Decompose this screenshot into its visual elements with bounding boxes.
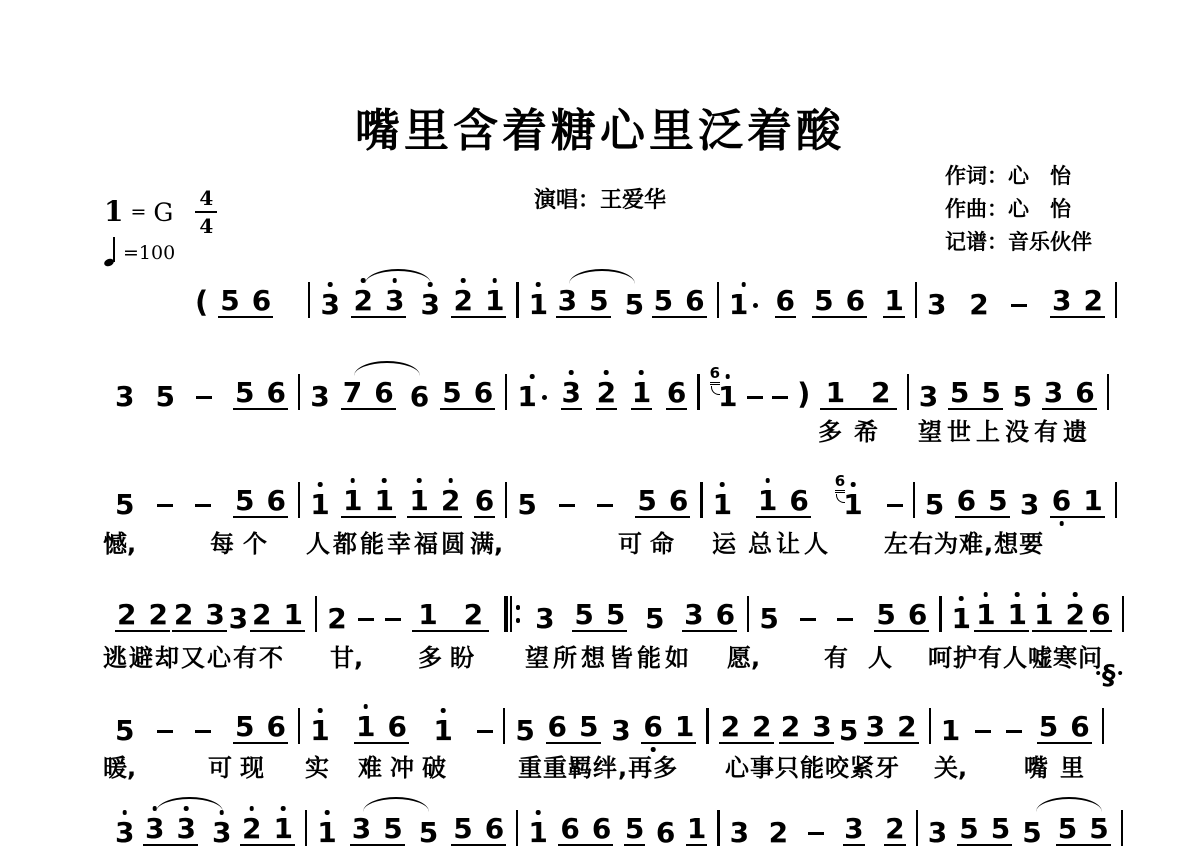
octave-dot-high bbox=[765, 478, 770, 483]
note: 3 bbox=[229, 605, 248, 632]
octave-dot-high bbox=[417, 478, 422, 483]
note-number: 3 bbox=[420, 291, 439, 318]
note-number: 6 bbox=[1075, 379, 1094, 406]
note: 5 bbox=[981, 379, 1000, 406]
score-line: 55611112655611661565361 bbox=[105, 478, 1117, 518]
note: 7 bbox=[343, 379, 362, 406]
beam-group: 12 bbox=[820, 379, 897, 410]
beam-group: 76 bbox=[341, 379, 396, 410]
note: 5 bbox=[235, 713, 254, 740]
note-number: 5 bbox=[589, 287, 608, 314]
note: 6 bbox=[666, 379, 687, 410]
note-number: 3 bbox=[1044, 379, 1063, 406]
beam-group: 35 bbox=[350, 815, 405, 846]
note: 3 bbox=[730, 819, 749, 846]
octave-dot-high bbox=[184, 806, 189, 811]
note-number: 5 bbox=[115, 717, 134, 744]
note-number: 5 bbox=[988, 487, 1007, 514]
note-number: 6 bbox=[908, 601, 927, 628]
measure: 13216 bbox=[507, 379, 697, 410]
note-number: 6 bbox=[643, 713, 662, 740]
note: 6 bbox=[643, 713, 662, 740]
note: 6 bbox=[474, 487, 495, 518]
note: 6 bbox=[775, 287, 796, 318]
measure: 556 bbox=[105, 713, 298, 744]
note-number: 1 bbox=[1008, 601, 1027, 628]
note-number: 3 bbox=[866, 713, 885, 740]
beam-group: 16 bbox=[354, 713, 409, 744]
dash-note bbox=[157, 504, 173, 507]
note-number: 5 bbox=[959, 815, 978, 842]
note-number: 3 bbox=[928, 819, 947, 846]
dash-note bbox=[477, 730, 493, 733]
dash-note bbox=[385, 618, 401, 621]
note-number: 6 bbox=[548, 713, 567, 740]
augmentation-dot bbox=[542, 395, 547, 400]
note-number: 3 bbox=[205, 601, 224, 628]
slur-group: 333 bbox=[143, 815, 231, 846]
note-number: 5 bbox=[235, 379, 254, 406]
octave-dot-high bbox=[361, 278, 366, 283]
note-number: 6 bbox=[669, 487, 688, 514]
note-number: 3 bbox=[919, 383, 938, 410]
octave-dot-high bbox=[122, 810, 127, 815]
beam-group: 32 bbox=[1050, 287, 1105, 318]
note-number: 5 bbox=[453, 815, 472, 842]
note: 2 bbox=[884, 815, 905, 846]
note-number: 3 bbox=[310, 383, 329, 410]
octave-dot-high bbox=[318, 708, 323, 713]
dash-note bbox=[747, 396, 763, 399]
beam-group: 23 bbox=[172, 601, 227, 632]
octave-dot-high bbox=[249, 806, 254, 811]
opening-paren: ( bbox=[195, 288, 208, 317]
octave-dot-high bbox=[536, 282, 541, 287]
note-number: 1 bbox=[529, 291, 548, 318]
note: 1 bbox=[317, 819, 336, 846]
octave-dot-high bbox=[363, 704, 368, 709]
note-number: 3 bbox=[558, 287, 577, 314]
note-number: 1 bbox=[632, 379, 651, 406]
note-number: 5 bbox=[515, 717, 534, 744]
lyric-segment: 总让人 bbox=[748, 524, 832, 559]
note-number: 6 bbox=[846, 287, 865, 314]
beam-group: 56 bbox=[233, 487, 288, 518]
note-number: 1 bbox=[941, 717, 960, 744]
beam-group: 55 bbox=[1056, 815, 1111, 846]
note-number: 1 bbox=[310, 491, 329, 518]
beam-group: 22 bbox=[719, 713, 774, 744]
octave-dot-high bbox=[1073, 592, 1078, 597]
note: 6 bbox=[266, 487, 285, 514]
note-number: 3 bbox=[730, 819, 749, 846]
note-number: 3 bbox=[1052, 287, 1071, 314]
note: 3 bbox=[420, 291, 439, 318]
note-number: 5 bbox=[517, 491, 536, 518]
note: 5 bbox=[654, 287, 673, 314]
dash-note bbox=[1006, 730, 1022, 733]
note-number: 5 bbox=[991, 815, 1010, 842]
note: 6 bbox=[485, 815, 504, 842]
note-number: 1 bbox=[356, 713, 375, 740]
note-number: 2 bbox=[441, 487, 460, 514]
note: 6 bbox=[410, 383, 429, 410]
beam-group: 56 bbox=[218, 287, 273, 318]
score-line: (56323321135556165613232 bbox=[195, 278, 1117, 318]
note: 1 bbox=[713, 491, 732, 518]
lyric-segment: 可现 bbox=[208, 748, 272, 783]
note: 3 bbox=[212, 819, 231, 846]
measure: 565361 bbox=[915, 487, 1115, 518]
note: 2 bbox=[969, 291, 988, 318]
note-number: 1 bbox=[675, 713, 694, 740]
lyrics-line: 多希望世上没有遗 bbox=[0, 412, 1200, 442]
note: 1 bbox=[675, 713, 694, 740]
time-numerator: 4 bbox=[195, 188, 217, 213]
note-number: 3 bbox=[844, 815, 863, 842]
note-number: 6 bbox=[716, 601, 735, 628]
note: 5 bbox=[645, 605, 664, 632]
lyric-segment: 有 bbox=[824, 638, 848, 673]
note-number: 6 bbox=[789, 487, 808, 514]
note-number: 5 bbox=[981, 379, 1000, 406]
note: 1 bbox=[686, 815, 707, 846]
note-number: 1 bbox=[375, 487, 394, 514]
note-number: 3 bbox=[611, 717, 630, 744]
note-number: 1 bbox=[517, 383, 536, 410]
note-number: 2 bbox=[174, 601, 193, 628]
note: 1 bbox=[1083, 487, 1102, 514]
note-number: 2 bbox=[1084, 287, 1103, 314]
note-number: 6 bbox=[474, 379, 493, 406]
repeat-thick-bar bbox=[504, 596, 508, 632]
lyric-segment: 多盼 bbox=[418, 638, 482, 673]
lyric-segment: 难冲破 bbox=[358, 748, 454, 783]
sheet-page: 嘴里含着糖心里泛着酸 演唱：王爱华 作词：心 怡 作曲：心 怡 记谱：音乐伙伴 … bbox=[0, 0, 1200, 850]
octave-dot-high bbox=[441, 708, 446, 713]
lyric-segment: 每个 bbox=[210, 524, 276, 559]
beam-group: 56 bbox=[451, 815, 506, 846]
quarter-note-icon bbox=[104, 236, 117, 266]
lyric-segment: 嘴里 bbox=[1024, 748, 1096, 783]
note-number: 2 bbox=[148, 601, 167, 628]
note: 2 bbox=[596, 379, 617, 410]
key-signature: 1 = G 4 4 bbox=[104, 188, 217, 236]
note: 5 bbox=[517, 491, 536, 518]
beam-group: 56 bbox=[233, 379, 288, 410]
note: 3 bbox=[1044, 379, 1063, 406]
note: 6 bbox=[266, 713, 285, 740]
note-number: 3 bbox=[1020, 491, 1039, 518]
dash-note bbox=[887, 504, 903, 507]
note-number: 6 bbox=[1091, 601, 1110, 628]
note: 3 bbox=[205, 601, 224, 628]
note: 2 bbox=[252, 601, 271, 628]
note: 2 bbox=[721, 713, 740, 740]
note-number: 2 bbox=[752, 713, 771, 740]
dash-note bbox=[808, 832, 824, 835]
note: 3 bbox=[115, 819, 134, 846]
note: 5 bbox=[235, 379, 254, 406]
note-number: 6 bbox=[267, 379, 286, 406]
note: 1 bbox=[283, 601, 302, 628]
note-number: 3 bbox=[212, 819, 231, 846]
note: 3 bbox=[561, 379, 582, 410]
lyric-segment: 人 bbox=[868, 638, 892, 673]
note-number: 1 bbox=[528, 819, 547, 846]
octave-dot-high bbox=[318, 482, 323, 487]
note-number: 5 bbox=[625, 291, 644, 318]
measure: 556 bbox=[749, 601, 939, 632]
note-number: 6 bbox=[374, 379, 393, 406]
note: 5 bbox=[988, 487, 1007, 514]
note-number: 5 bbox=[419, 819, 438, 846]
beam-group: 33 bbox=[143, 815, 198, 846]
note-number: 1 bbox=[826, 379, 845, 406]
beam-group: 11 bbox=[974, 601, 1029, 632]
note-number: 3 bbox=[562, 379, 581, 406]
note-number: 5 bbox=[383, 815, 402, 842]
beam-group: 32 bbox=[864, 713, 919, 744]
note: 6 bbox=[388, 713, 407, 740]
slur-group: 555 bbox=[1022, 815, 1110, 846]
note-number: 5 bbox=[606, 601, 625, 628]
note-number: 2 bbox=[969, 291, 988, 318]
octave-dot-high bbox=[569, 370, 574, 375]
octave-dot-high bbox=[604, 370, 609, 375]
note-number: 5 bbox=[579, 713, 598, 740]
note: 2 bbox=[752, 713, 771, 740]
octave-dot-high bbox=[1015, 592, 1020, 597]
lyric-segment: 逃避却又心有不 bbox=[103, 638, 285, 673]
note-number: 3 bbox=[812, 713, 831, 740]
beam-group: 65 bbox=[546, 713, 601, 744]
note-number: 6 bbox=[475, 487, 494, 514]
note: 3 bbox=[684, 601, 703, 628]
note: 5 bbox=[814, 287, 833, 314]
note: 6 bbox=[1070, 713, 1089, 740]
note: 3 bbox=[177, 815, 196, 842]
note-number: 1 bbox=[1034, 601, 1053, 628]
note-number: 2 bbox=[871, 379, 890, 406]
lyric-segment: 满, bbox=[470, 524, 503, 559]
note: 5 bbox=[574, 601, 593, 628]
note: 1 bbox=[356, 713, 375, 740]
note: 5 bbox=[876, 601, 895, 628]
credit-transcriber: 记谱：音乐伙伴 bbox=[945, 226, 1092, 259]
octave-dot-high bbox=[530, 374, 535, 379]
note: 6 bbox=[1075, 379, 1094, 406]
beam-group: 56 bbox=[233, 713, 288, 744]
note-number: 3 bbox=[145, 815, 164, 842]
beam-group: 56 bbox=[652, 287, 707, 318]
note-number: 5 bbox=[1089, 815, 1108, 842]
lyric-segment: 憾, bbox=[103, 524, 136, 559]
note-number: 3 bbox=[927, 291, 946, 318]
note: 5 bbox=[115, 717, 134, 744]
note-number: 2 bbox=[897, 713, 916, 740]
note-number: 2 bbox=[781, 713, 800, 740]
beam-group: 66 bbox=[558, 815, 613, 846]
dash-note bbox=[196, 396, 212, 399]
beam-group: 56 bbox=[812, 287, 867, 318]
note: 1 bbox=[375, 487, 394, 514]
note: 5 bbox=[991, 815, 1010, 842]
note: 5 bbox=[442, 379, 461, 406]
note-number: 2 bbox=[597, 379, 616, 406]
note: 1 bbox=[485, 287, 504, 314]
note-number: 5 bbox=[925, 491, 944, 518]
beam-group: 56 bbox=[874, 601, 929, 632]
beam-group: 21 bbox=[240, 815, 295, 846]
note-number: 3 bbox=[320, 291, 339, 318]
note-number: 1 bbox=[758, 487, 777, 514]
measure: 355536 bbox=[909, 379, 1107, 410]
note-number: 2 bbox=[769, 819, 788, 846]
note: 6 bbox=[669, 487, 688, 514]
note-number: 2 bbox=[453, 287, 472, 314]
measure: 3232 bbox=[720, 815, 916, 846]
note-number: 1 bbox=[283, 601, 302, 628]
note: 5 bbox=[220, 287, 239, 314]
beam-group: 61 bbox=[1050, 487, 1105, 518]
note-number: 2 bbox=[721, 713, 740, 740]
measure: 376656 bbox=[300, 379, 505, 410]
note-number: 1 bbox=[718, 383, 737, 410]
page-title: 嘴里含着糖心里泛着酸 bbox=[0, 94, 1200, 159]
note-number: 6 bbox=[685, 287, 704, 314]
note: 5 bbox=[959, 815, 978, 842]
octave-dot-high bbox=[639, 370, 644, 375]
note: 5 bbox=[383, 815, 402, 842]
note-number: 7 bbox=[343, 379, 362, 406]
beam-group: 61 bbox=[641, 713, 696, 744]
note: 2 bbox=[453, 287, 472, 314]
note: 3 bbox=[535, 605, 554, 632]
note: 3 bbox=[115, 383, 134, 410]
note-number: 1 bbox=[418, 601, 437, 628]
grace-note-group: 61 bbox=[710, 381, 738, 410]
dash-note bbox=[559, 504, 575, 507]
lyrics-line: 逃避却又心有不甘,多盼望所想皆能如愿,有人呵护有人嘘寒问 bbox=[0, 638, 1200, 668]
time-denominator: 4 bbox=[199, 213, 213, 236]
note: 6 bbox=[1090, 601, 1111, 632]
octave-dot-high bbox=[281, 806, 286, 811]
note-number: 6 bbox=[776, 287, 795, 314]
dash-note bbox=[1011, 304, 1027, 307]
note-number: 2 bbox=[885, 815, 904, 842]
note: 5 bbox=[235, 487, 254, 514]
note: 2 bbox=[327, 605, 346, 632]
note: 3 bbox=[812, 713, 831, 740]
note: 1 bbox=[631, 379, 652, 410]
dash-note bbox=[195, 730, 211, 733]
note: 2 bbox=[148, 601, 167, 628]
note: 1 bbox=[941, 717, 960, 744]
note: 1 bbox=[976, 601, 995, 628]
note-number: 1 bbox=[729, 291, 748, 318]
measure: 355536 bbox=[525, 601, 747, 632]
octave-dot-high bbox=[328, 282, 333, 287]
beam-group: 55 bbox=[948, 379, 1003, 410]
note: 2 bbox=[781, 713, 800, 740]
note: 1 bbox=[1008, 601, 1027, 628]
octave-dot-high bbox=[492, 278, 497, 283]
lyric-segment: 左右为难,想要 bbox=[884, 524, 1044, 559]
note: 1 bbox=[718, 383, 737, 410]
note-number: 1 bbox=[1083, 487, 1102, 514]
octave-dot-high bbox=[325, 810, 330, 815]
note-number: 1 bbox=[952, 605, 971, 632]
lyric-segment: 重重羁绊,再多 bbox=[518, 748, 678, 783]
note: 6 bbox=[592, 815, 611, 842]
slur-group: 355 bbox=[350, 815, 438, 846]
slur-group: 355 bbox=[556, 287, 644, 318]
lyric-segment: 暖, bbox=[103, 748, 136, 783]
lyric-segment: 甘, bbox=[330, 638, 363, 673]
octave-dot-high bbox=[448, 478, 453, 483]
note: 2 bbox=[769, 819, 788, 846]
note: 5 bbox=[453, 815, 472, 842]
note: 2 bbox=[242, 815, 261, 842]
beam-group: 56 bbox=[1037, 713, 1092, 744]
note: 3 bbox=[145, 815, 164, 842]
segno-icon: § bbox=[1101, 662, 1116, 689]
note-number: 3 bbox=[352, 815, 371, 842]
lyric-segment: 人都能幸福圆 bbox=[306, 524, 468, 559]
beam-group: 12 bbox=[407, 487, 462, 518]
note-number: 5 bbox=[1013, 383, 1032, 410]
note: 5 bbox=[606, 601, 625, 628]
score-line: 55611615653612223532156 bbox=[105, 704, 1104, 744]
note-number: 1 bbox=[310, 717, 329, 744]
octave-dot-high bbox=[1042, 592, 1047, 597]
measure: 333321 bbox=[105, 815, 305, 846]
note-number: 5 bbox=[625, 815, 644, 842]
note: 6 bbox=[474, 379, 493, 406]
measure: 61)12 bbox=[700, 379, 907, 410]
note: 2 bbox=[1084, 287, 1103, 314]
note-number: 3 bbox=[535, 605, 554, 632]
credit-composer: 作曲：心 怡 bbox=[945, 193, 1092, 226]
note: 5 bbox=[1039, 713, 1058, 740]
beam-group: 55 bbox=[572, 601, 627, 632]
measure: 556 bbox=[507, 487, 700, 518]
beam-group: 16 bbox=[756, 487, 811, 518]
beam-group: 21 bbox=[451, 287, 506, 318]
note-number: 2 bbox=[242, 815, 261, 842]
note: 2 bbox=[117, 601, 136, 628]
beam-group: 36 bbox=[682, 601, 737, 632]
note-number: 6 bbox=[656, 819, 675, 846]
octave-dot-high bbox=[428, 282, 433, 287]
key-letter: G bbox=[153, 198, 173, 227]
beam-group: 65 bbox=[955, 487, 1010, 518]
note: 5 bbox=[1089, 815, 1108, 842]
equals-sign: = bbox=[130, 201, 146, 223]
note: 6 bbox=[789, 487, 808, 514]
note: 6 bbox=[908, 601, 927, 628]
barline bbox=[1115, 482, 1117, 518]
note-number: 2 bbox=[353, 287, 372, 314]
measure: 2223532 bbox=[709, 713, 929, 744]
note-number: 1 bbox=[485, 287, 504, 314]
note-number: 5 bbox=[220, 287, 239, 314]
beam-group: 12 bbox=[1032, 601, 1087, 632]
note-number: 1 bbox=[884, 287, 903, 314]
octave-dot-high bbox=[741, 282, 746, 287]
score-line: 3333211355561665613232355555 bbox=[105, 806, 1123, 846]
